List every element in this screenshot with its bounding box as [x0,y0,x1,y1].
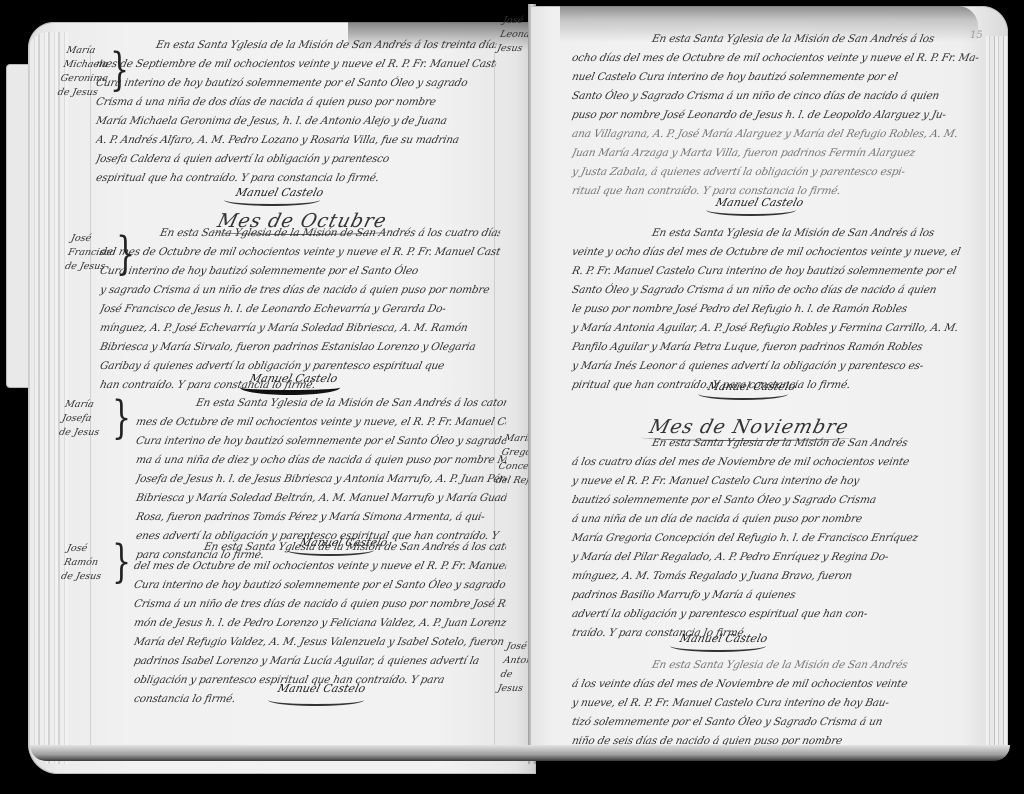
right-page-edges [986,36,1008,748]
margin-note-line: Josefa [61,412,104,426]
margin-note-line: María [63,398,106,412]
entry-line: mes de Octubre de mil ochocientos veinte… [134,413,508,432]
entry-line: Cura interino de hoy bautizó solemnement… [98,262,502,281]
entry-line: Santo Óleo y Sagrado Crisma á un niño de… [570,87,984,106]
entry-line: á los veinte días del mes de Noviembre d… [570,675,984,694]
entry-line: y nueve el R. P. Fr. Manuel Castelo Cura… [570,472,984,491]
entry-line: Cura interino de hoy bautizó solemnement… [94,74,498,93]
entry-line: mínguez, A. P. José Echevarría y María S… [98,319,502,338]
baptism-entry-5: En esta Santa Yglesia de la Misión de Sa… [572,30,982,201]
entry-line: Bibriesca y María Sirvalo, fueron padrin… [98,338,502,357]
margin-note-line: José [65,542,108,556]
entry-line: y María Inés Leonor á quienes advertí la… [570,357,984,376]
left-page-edges [28,32,68,764]
entry-line: del mes de Octubre de mil ochocientos ve… [98,243,502,262]
entry-line: advertí la obligación y parentesco espir… [570,605,984,624]
entry-line: Josefa Caldera á quien advertí la obliga… [94,150,498,169]
entry-line: En esta Santa Yglesia de la Misión de Sa… [134,394,508,413]
brace-icon: } [112,397,131,442]
entry-line: Juan María Arzaga y Marta Villa, fueron … [570,144,984,163]
margin-note-entry-4: José Ramón de Jesus [60,542,109,584]
entry-line: tizó solemnemente por el Santo Óleo y Sa… [570,713,984,732]
baptism-entry-2: En esta Santa Yglesia de la Misión de Sa… [100,224,500,395]
margin-note-line: de Jesus [60,570,103,584]
entry-line: En esta Santa Yglesia de la Misión de Sa… [570,434,984,453]
signature-flourish [706,204,796,216]
baptism-entry-7: En esta Santa Yglesia de la Misión de Sa… [572,434,982,643]
entry-line: Josefa de Jesus h. l. de Jesus Bibriesca… [134,470,508,489]
open-register-book: María Michaela Geronima de Jesus } En es… [0,0,1024,794]
entry-line: Cura interino de hoy bautizó solemnement… [132,576,508,595]
entry-line: Santo Óleo y Sagrado Crisma á un niño de… [570,281,984,300]
baptism-entry-8: En esta Santa Yglesia de la Misión de Sa… [572,656,982,751]
entry-line: y sagrado Crisma á un niño de tres días … [98,281,502,300]
entry-line: En esta Santa Yglesia de la Misión de Sa… [570,30,984,49]
entry-line: á los cuatro días del mes de Noviembre d… [570,453,984,472]
entry-line: del mes de Octubre de mil ochocientos ve… [132,557,508,576]
entry-line: Rosa, fueron padrinos Tomás Pérez y Marí… [134,508,508,527]
entry-line: padrinos Isabel Lorenzo y María Lucía Ag… [132,652,508,671]
entry-line: mes de Septiembre de mil ochocientos vei… [94,55,498,74]
entry-line: le puso por nombre José Pedro del Refugi… [570,300,984,319]
entry-line: mínguez, A. M. Tomás Regalado y Juana Br… [570,567,984,586]
entry-line: R. P. Fr. Manuel Castelo Cura interino d… [570,262,984,281]
signature-flourish [240,380,340,395]
entry-line: ana Villagrana, A. P. José María Alargue… [570,125,984,144]
entry-line: En esta Santa Yglesia de la Misión de Sa… [98,224,502,243]
signature-flourish [670,640,766,652]
entry-line: món de Jesus h. l. de Pedro Lorenzo y Fe… [132,614,508,633]
entry-line: María Gregoria Concepción del Refugio h.… [570,529,984,548]
entry-line: traído. Y para constancia lo firmé. [570,624,984,643]
entry-line: Bibriesca y María Soledad Beltrán, A. M.… [134,489,508,508]
entry-line: A. P. Andrés Alfaro, A. M. Pedro Lozano … [94,131,498,150]
margin-note-line: de Jesus [58,426,101,440]
entry-line: En esta Santa Yglesia de la Misión de Sa… [570,656,984,675]
baptism-entry-6: En esta Santa Yglesia de la Misión de Sa… [572,224,982,395]
entry-line: En esta Santa Yglesia de la Misión de Sa… [94,36,498,55]
entry-line: José Francisco de Jesus h. l. de Leonard… [98,300,502,319]
entry-line: y María del Pilar Regalado, A. P. Pedro … [570,548,984,567]
entry-line: y María Antonia Aguilar, A. P. José Refu… [570,319,984,338]
signature-flourish [224,194,320,206]
brace-icon: } [112,541,131,586]
baptism-entry-1: En esta Santa Yglesia de la Misión de Sa… [96,36,496,188]
book-bottom-edge [30,745,1010,761]
right-page: 15 En esta Santa Yglesia de la Misión de… [530,6,1008,758]
entry-line: María del Refugio Valdez, A. M. Jesus Va… [132,633,508,652]
entry-line: veinte y ocho días del mes de Octubre de… [570,243,984,262]
entry-line: nuel Castelo Cura interino de hoy bautiz… [570,68,984,87]
entry-line: Crisma á una niña de dos días de nacida … [94,93,498,112]
entry-line: y Justa Zabala, á quienes advertí la obl… [570,163,984,182]
entry-line: á una niña de un día de nacida á quien p… [570,510,984,529]
entry-line: puso por nombre José Leonardo de Jesus h… [570,106,984,125]
signature-flourish [698,388,788,400]
entry-line: En esta Santa Yglesia de la Misión de Sa… [132,538,508,557]
entry-line: ma á una niña de diez y ocho días de nac… [134,451,508,470]
entry-line: María Michaela Geronima de Jesus, h. l. … [94,112,498,131]
entry-line: y nueve, el R. P. Fr. Manuel Castelo Cur… [570,694,984,713]
entry-line: En esta Santa Yglesia de la Misión de Sa… [570,224,984,243]
entry-line: ocho días del mes de Octubre de mil ocho… [570,49,984,68]
entry-line: Cura interino de hoy bautizó solemnement… [134,432,508,451]
entry-line: bautizó solemnemente por el Santo Óleo y… [570,491,984,510]
entry-line: Crisma á un niño de tres días de nacido … [132,595,508,614]
entry-line: Panfilo Aguilar y María Petra Luque, fue… [570,338,984,357]
signature-flourish [268,694,364,706]
entry-line: padrinos Basilio Marrufo y María á quien… [570,586,984,605]
left-page: María Michaela Geronima de Jesus } En es… [28,22,536,774]
margin-note-line: Ramón [63,556,106,570]
margin-note-entry-3: María Josefa de Jesus [58,398,107,440]
